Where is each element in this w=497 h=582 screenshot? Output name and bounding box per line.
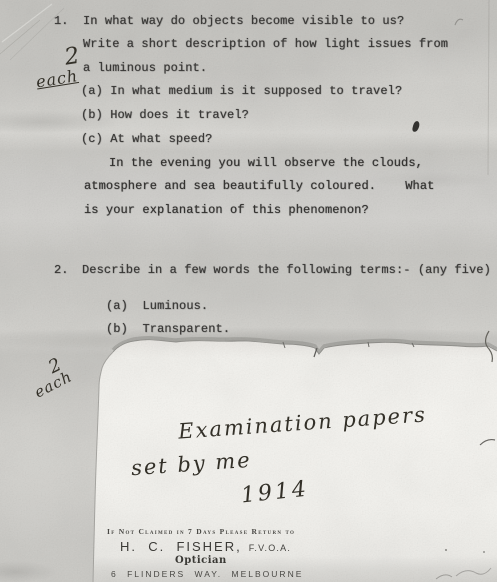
card-profession-title: Optician (175, 555, 227, 566)
margin-marks-note-top: 2 each (32, 40, 123, 91)
question-2-subitem-a: (a) Luminous. (106, 299, 208, 313)
question-2-line: Describe in a few words the following te… (82, 263, 491, 277)
question-1-subitem-c: (c) At what speed? (81, 132, 212, 146)
question-1-line-1: In what way do objects become visible to… (83, 14, 404, 28)
question-1-number: 1. (54, 14, 69, 28)
question-2-subitem-b: (b) Transparent. (106, 322, 230, 336)
question-1-paragraph-line-2: atmosphere and sea beautifully coloured.… (84, 179, 434, 193)
question-1-paragraph-line-3: is your explanation of this phenomenon? (84, 203, 369, 217)
card-name-line: H. C. FISHER, F.V.O.A. (120, 539, 291, 554)
card-owner-name: H. C. FISHER, (120, 539, 242, 554)
card-return-notice: If Not Claimed in 7 Days Please Return t… (107, 527, 295, 536)
card-owner-credentials: F.V.O.A. (249, 543, 291, 553)
question-1-line-2: Write a short description of how light i… (83, 37, 448, 51)
question-2-number: 2. (54, 263, 69, 277)
question-1-paragraph-line-1: In the evening you will observe the clou… (109, 156, 423, 170)
card-address: 6 FLINDERS WAY. MELBOURNE (111, 569, 303, 579)
scanned-exam-document: 1. In what way do objects become visible… (0, 0, 497, 582)
margin-marks-note-bottom: 2 each (25, 338, 107, 400)
ink-blot-mark (412, 120, 420, 132)
question-1-subitem-a: (a) In what medium is it supposed to tra… (81, 84, 402, 98)
question-1-subitem-b: (b) How does it travel? (81, 108, 249, 122)
